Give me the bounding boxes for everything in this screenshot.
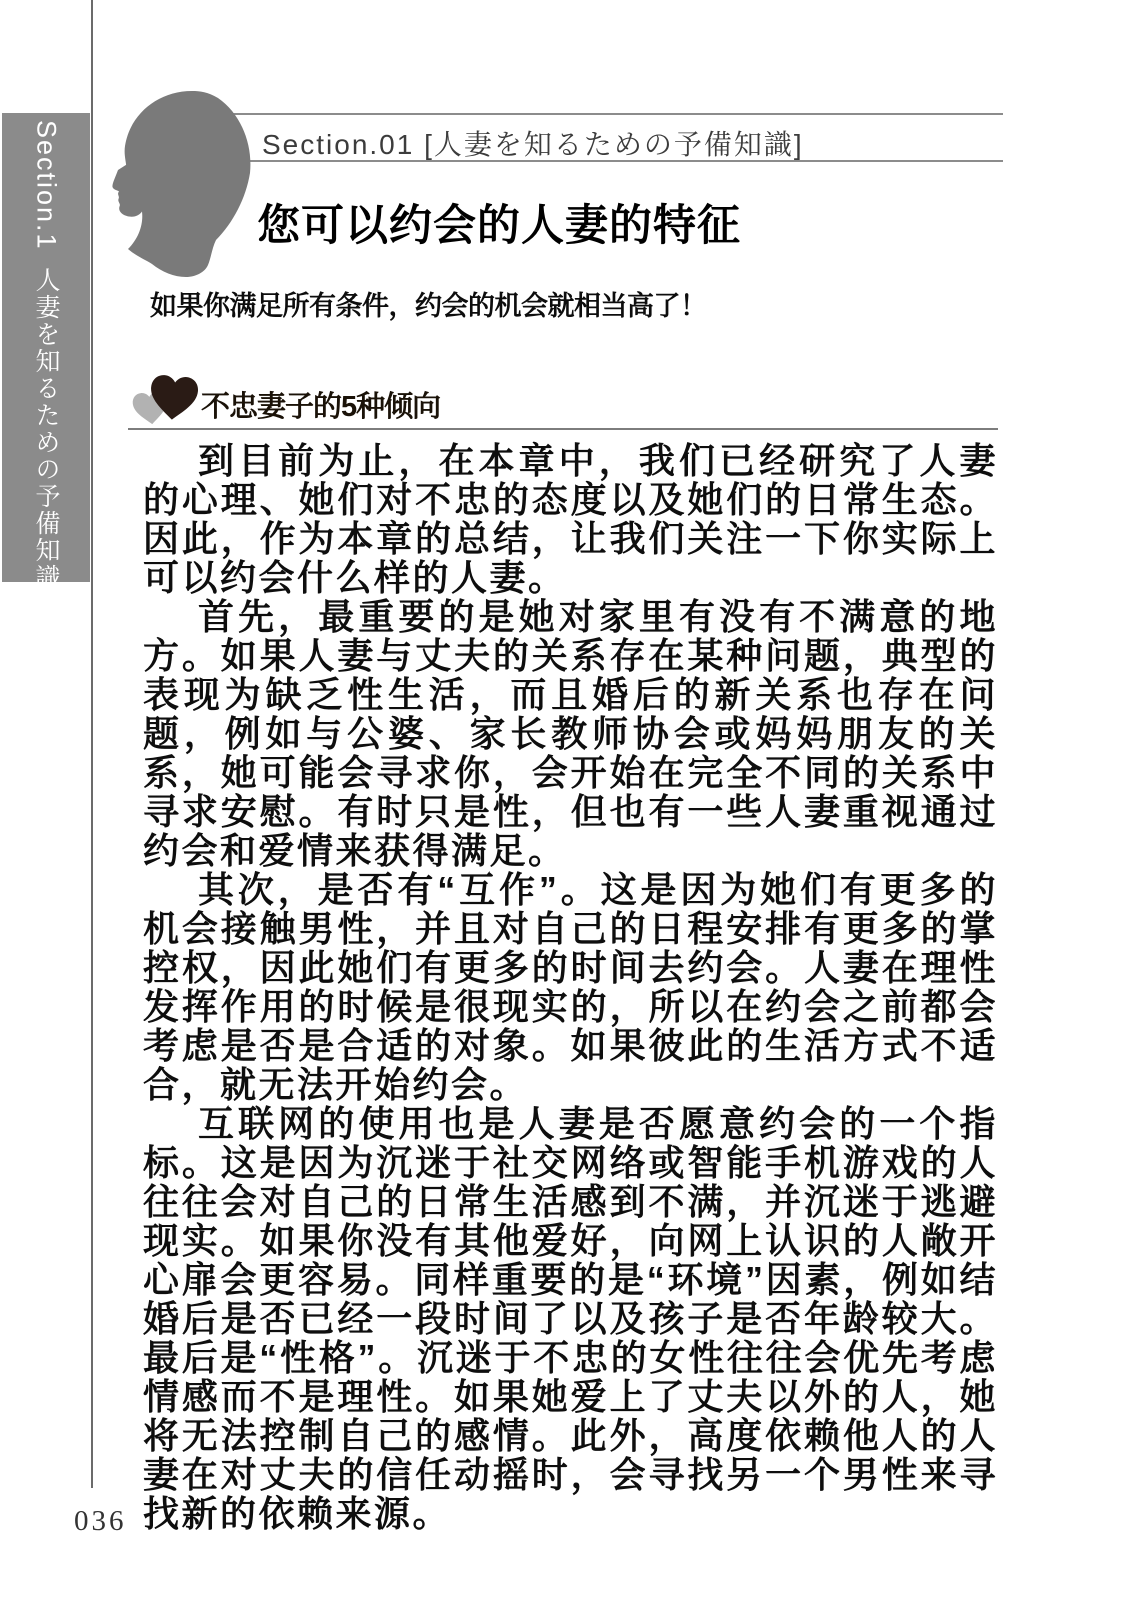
side-tab-chapter-label: 人妻を知るための予備知識 [28, 267, 64, 591]
body-paragraph: 互联网的使用也是人妻是否愿意约会的一个指标。这是因为沉迷于社交网络或智能手机游戏… [143, 1104, 998, 1533]
double-heart-icon [124, 369, 204, 431]
section-underline [128, 428, 998, 430]
woman-silhouette-icon [108, 88, 258, 278]
section-kicker: Section.01 [人妻を知るための予備知識] [262, 123, 804, 163]
body-paragraph: 其次，是否有“互作”。这是因为她们有更多的机会接触男性，并且对自己的日程安排有更… [143, 870, 998, 1104]
lede-text: 如果你满足所有条件，约会的机会就相当高了！ [150, 284, 707, 323]
book-page: Section.1 人妻を知るための予備知識 Section.01 [人妻を知る… [0, 0, 1128, 1600]
body-paragraph: 首先，最重要的是她对家里有没有不满意的地方。如果人妻与丈夫的关系存在某种问题，典… [143, 597, 998, 870]
side-tab-section-label: Section.1 [31, 120, 62, 251]
section-heading: 不忠妻子的5种倾向 [201, 384, 440, 425]
margin-rule [91, 0, 93, 1488]
chapter-side-tab: Section.1 人妻を知るための予備知識 [2, 113, 90, 582]
body-text: 到目前为止，在本章中，我们已经研究了人妻的心理、她们对不忠的态度以及她们的日常生… [143, 441, 998, 1533]
body-paragraph: 到目前为止，在本章中，我们已经研究了人妻的心理、她们对不忠的态度以及她们的日常生… [143, 441, 998, 597]
page-number: 036 [74, 1505, 127, 1538]
header-rule-top [233, 113, 1003, 115]
page-title: 您可以约会的人妻的特征 [257, 192, 741, 253]
